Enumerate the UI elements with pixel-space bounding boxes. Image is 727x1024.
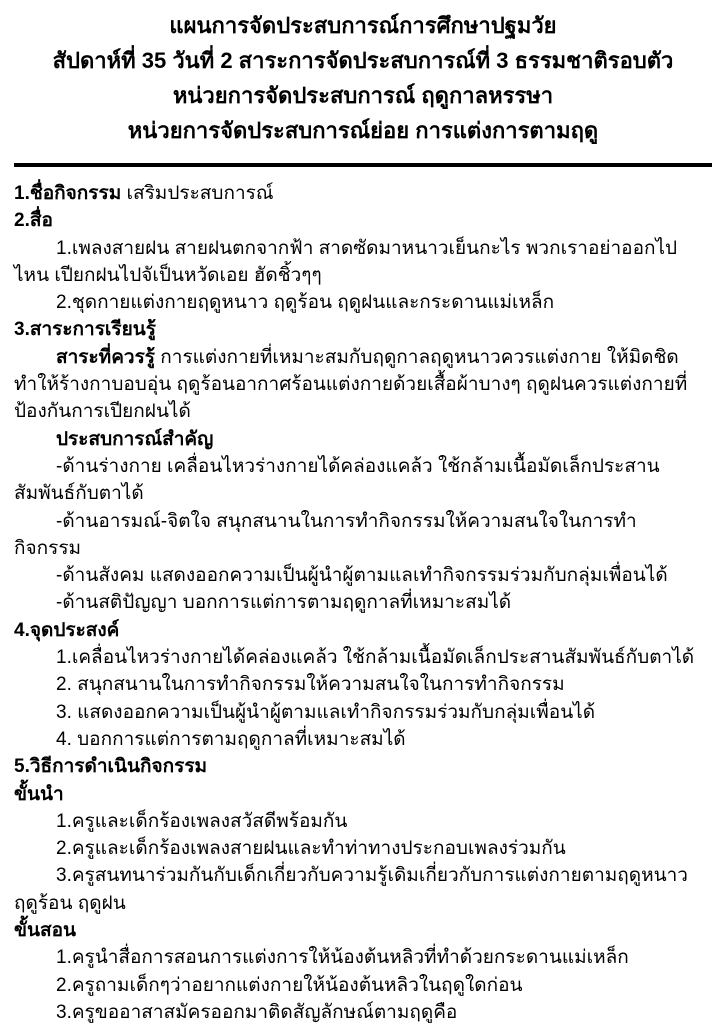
document-title: แผนการจัดประสบการณ์การศึกษาปฐมวัย <box>14 8 712 43</box>
section-4-heading: 4.จุดประสงค์ <box>14 617 712 644</box>
section-1-value: เสริมประสบการณ์ <box>121 183 273 204</box>
key-experiences-heading: ประสบการณ์สำคัญ <box>14 426 712 453</box>
teaching-step-1: 1.ครูนำสื่อการสอนการแต่งการให้น้องต้นหลิ… <box>14 944 712 971</box>
teaching-step-2: 2.ครูถามเด็กๆว่าอยากแต่งกายให้น้องต้นหลิ… <box>14 972 712 999</box>
intro-step-2: 2.ครูและเด็กร้องเพลงสายฝนและทำท่าทางประก… <box>14 835 712 862</box>
objective-1: 1.เคลื่อนไหวร่างกายได้คล่องแคล้ว ใช้กล้า… <box>14 644 712 671</box>
section-1-label: 1.ชื่อกิจกรรม <box>14 183 121 204</box>
knowledge-paragraph: สาระที่ควรรู้ การแต่งกายที่เหมาะสมกับฤดู… <box>14 344 712 426</box>
media-item-song: 1.เพลงสายฝน สายฝนตกจากฟ้า สาดซัดมาหนาวเย… <box>14 235 712 290</box>
section-1-activity-name: 1.ชื่อกิจกรรม เสริมประสบการณ์ <box>14 180 712 207</box>
teaching-step-3: 3.ครูขออาสาสมัครออกมาติดสัญลักษณ์ตามฤดูค… <box>14 999 712 1024</box>
experience-cognitive: -ด้านสติปัญญา บอกการแต่การตามฤดูกาลที่เห… <box>14 589 712 616</box>
section-3-heading: 3.สาระการเรียนรู้ <box>14 316 712 343</box>
objective-3: 3. แสดงออกความเป็นผู้นำผู้ตามแลเทำกิจกรร… <box>14 699 712 726</box>
media-item-outfits: 2.ชุดกายแต่งกายฤดูหนาว ฤดูร้อน ฤดูฝนและก… <box>14 289 712 316</box>
intro-step-heading: ขั้นนำ <box>14 781 712 808</box>
objective-2: 2. สนุกสนานในการทำกิจกรรมให้ความสนใจในกา… <box>14 671 712 698</box>
document-page: แผนการจัดประสบการณ์การศึกษาปฐมวัย สัปดาห… <box>0 0 727 1024</box>
section-2-heading: 2.สื่อ <box>14 207 712 234</box>
objective-4: 4. บอกการแต่การตามฤดูกาลที่เหมาะสมได้ <box>14 726 712 753</box>
header-week-line: สัปดาห์ที่ 35 วันที่ 2 สาระการจัดประสบกา… <box>14 43 712 78</box>
experience-social: -ด้านสังคม แสดงออกความเป็นผู้นำผู้ตามแลเ… <box>14 562 712 589</box>
experience-physical: -ด้านร่างกาย เคลื่อนไหวร่างกายได้คล่องแค… <box>14 453 712 508</box>
knowledge-lead: สาระที่ควรรู้ <box>56 347 155 368</box>
header-divider <box>14 163 712 167</box>
header-subunit-line: หน่วยการจัดประสบการณ์ย่อย การแต่งการตามฤ… <box>14 113 712 148</box>
experience-emotional: -ด้านอารมณ์-จิตใจ สนุกสนานในการทำกิจกรรม… <box>14 508 712 563</box>
header-unit-line: หน่วยการจัดประสบการณ์ ฤดูกาลหรรษา <box>14 78 712 113</box>
document-header: แผนการจัดประสบการณ์การศึกษาปฐมวัย สัปดาห… <box>14 8 712 148</box>
section-5-heading: 5.วิธีการดำเนินกิจกรรม <box>14 753 712 780</box>
teaching-step-heading: ขั้นสอน <box>14 917 712 944</box>
document-body: 1.ชื่อกิจกรรม เสริมประสบการณ์ 2.สื่อ 1.เ… <box>14 180 712 1024</box>
intro-step-1: 1.ครูและเด็กร้องเพลงสวัสดีพร้อมกัน <box>14 808 712 835</box>
intro-step-3: 3.ครูสนทนาร่วมกันกับเด็กเกี่ยวกับความรู้… <box>14 862 712 917</box>
